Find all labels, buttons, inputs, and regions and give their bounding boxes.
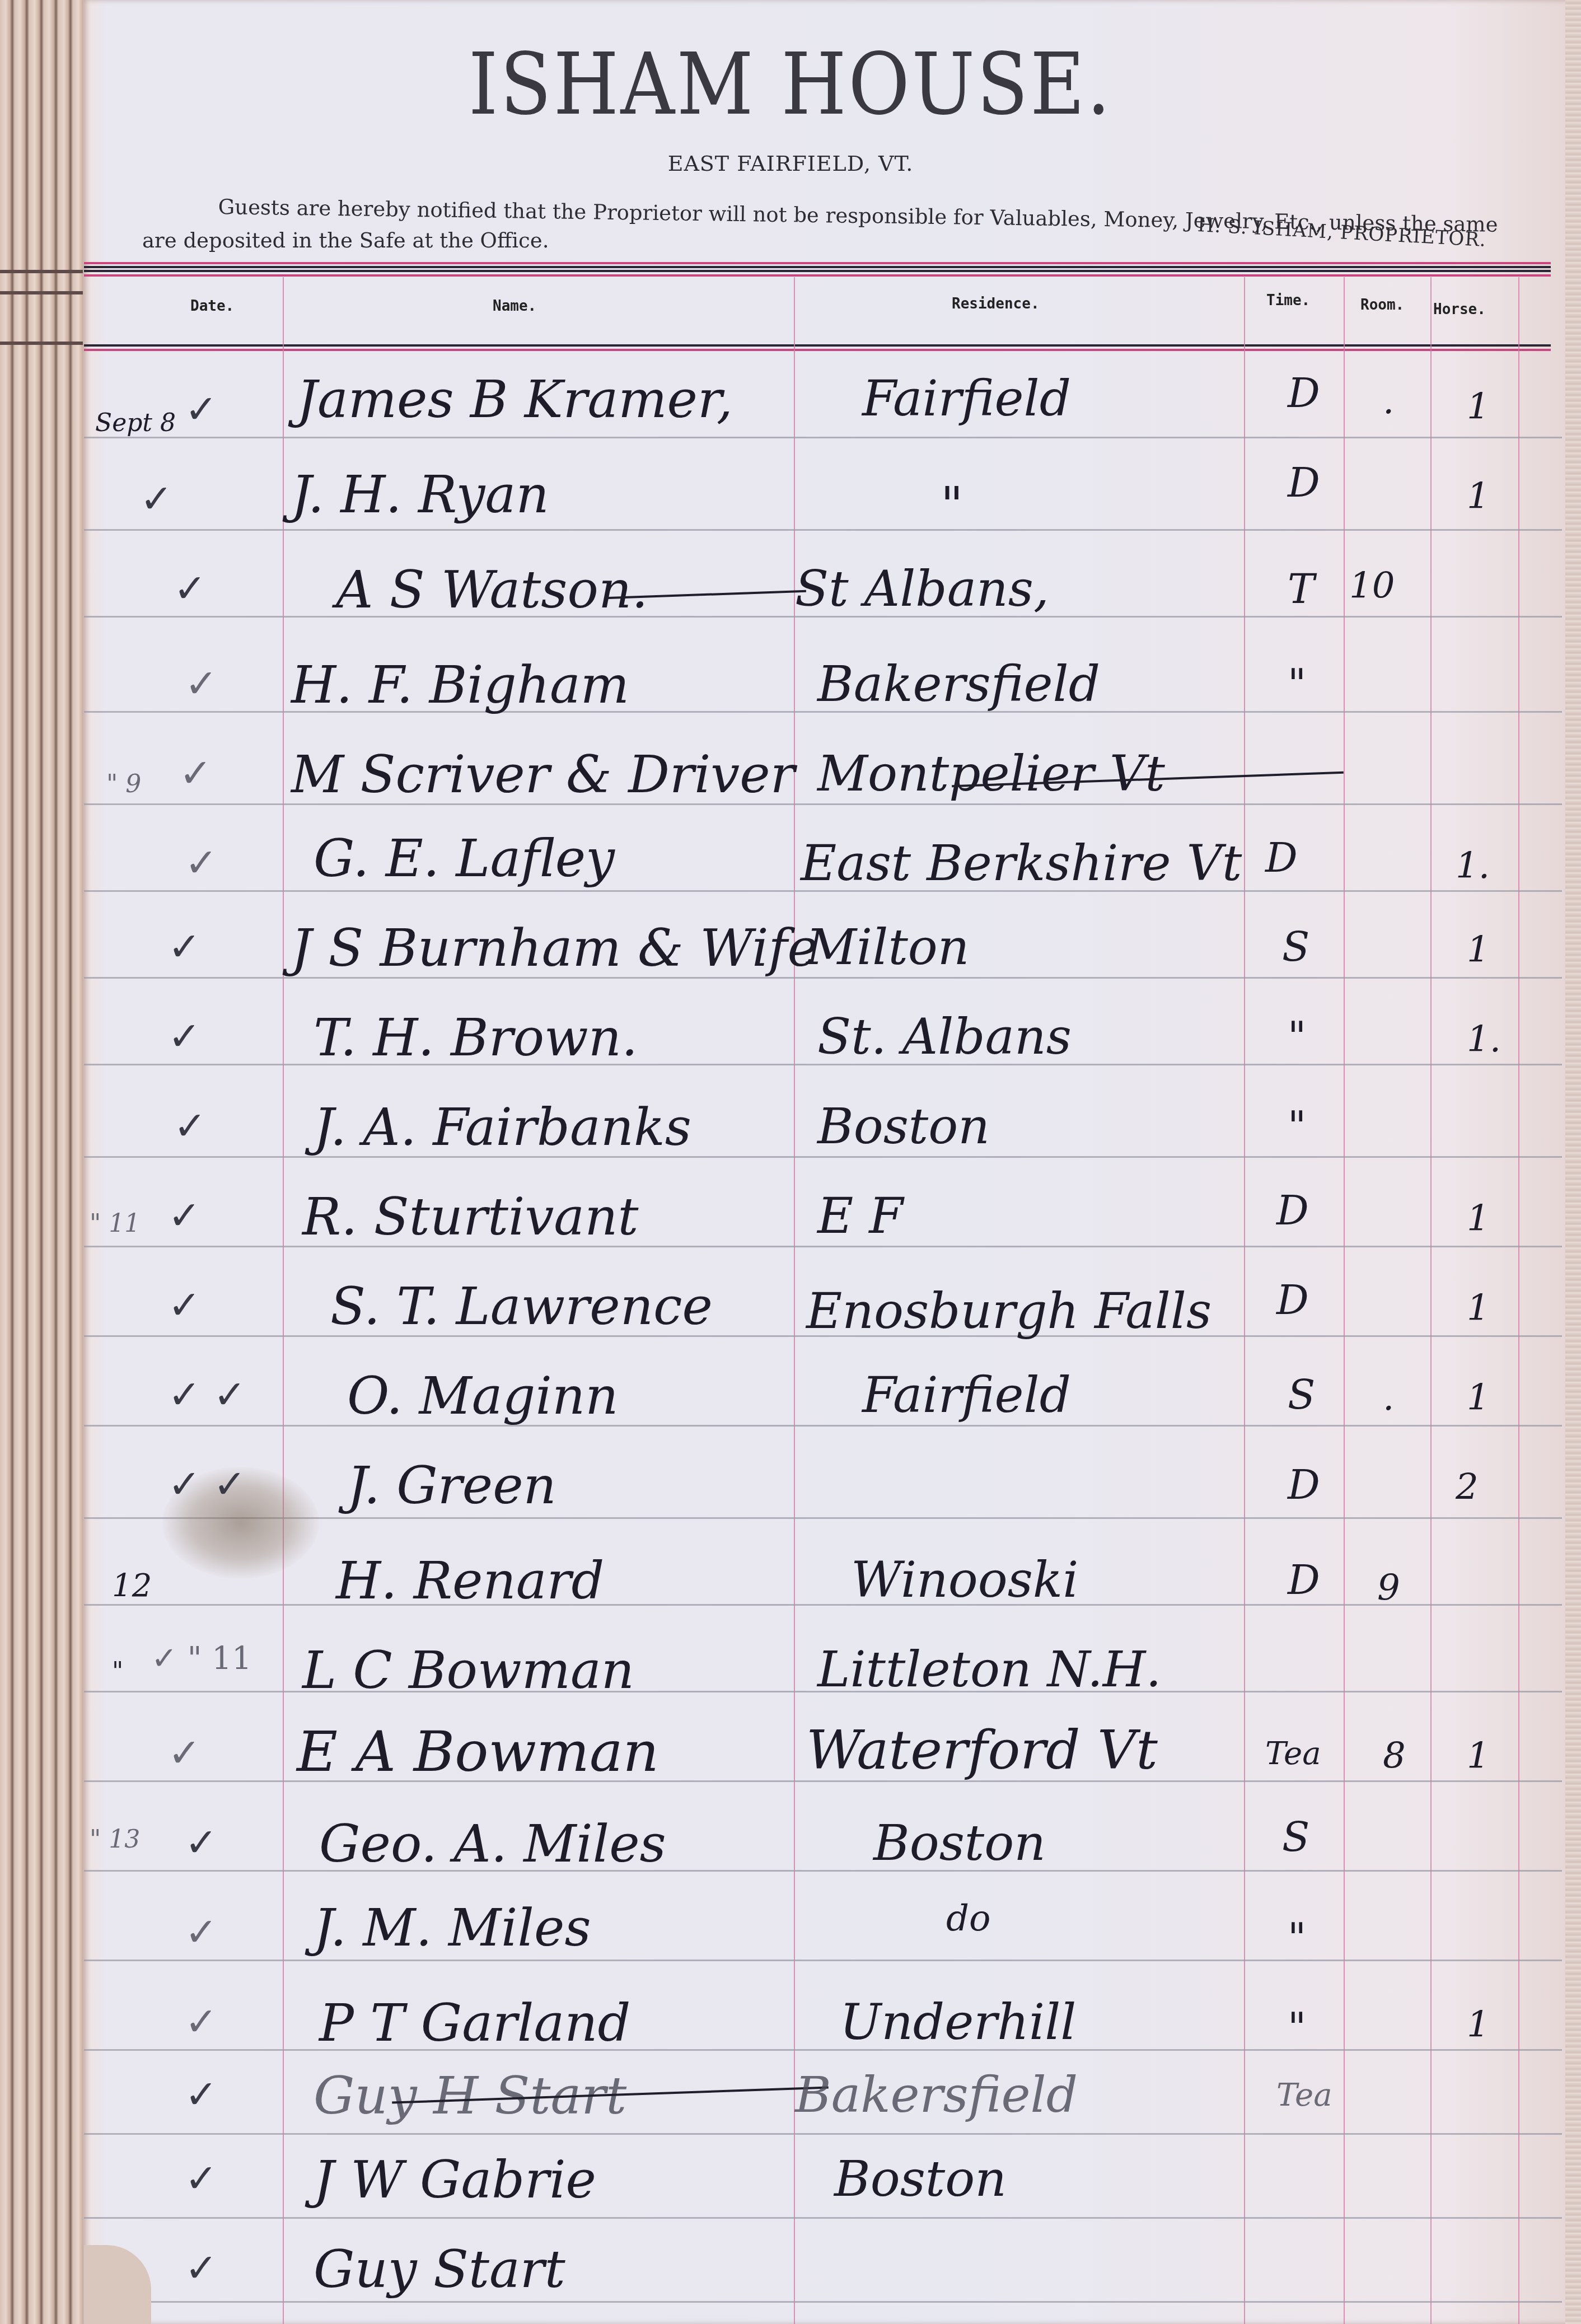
guest-name: J. A. Fairbanks xyxy=(314,1097,691,1157)
horse-count: 1 xyxy=(1467,929,1490,971)
guest-name: S. T. Lawrence xyxy=(330,1276,713,1336)
column-divider xyxy=(1518,277,1519,2324)
guest-residence: Winooski xyxy=(851,1551,1078,1608)
header-rule-top xyxy=(84,262,1551,279)
guest-name: G. E. Lafley xyxy=(314,829,615,889)
guest-residence: Enosburgh Falls xyxy=(806,1282,1212,1340)
guest-name: J. Green xyxy=(347,1456,556,1516)
arrival-time: D xyxy=(1288,1461,1320,1508)
room-number: 10 xyxy=(1349,565,1395,607)
header-rule-bottom xyxy=(84,344,1551,361)
column-header-horse: Horse. xyxy=(1433,301,1486,318)
writing-line xyxy=(84,2301,1562,2303)
guest-residence: Boston xyxy=(834,2150,1007,2208)
horse-count: 1 xyxy=(1467,2004,1490,2046)
checkmark-icon: ✓ ✓ xyxy=(168,1372,246,1418)
checkmark-icon: ✓ xyxy=(168,1730,201,1776)
horse-count: 1 xyxy=(1467,1736,1490,1777)
entry-date: " 9 xyxy=(106,770,141,798)
writing-line xyxy=(84,2049,1562,2051)
guest-name: M Scriver & Driver xyxy=(291,745,795,805)
horse-count: 2 xyxy=(1456,1467,1479,1508)
horse-count: 1 xyxy=(1467,1288,1490,1329)
binding-stitch xyxy=(0,342,84,345)
column-header-residence: Residence. xyxy=(952,296,1040,312)
checkmark-icon: ✓ xyxy=(168,1013,201,1059)
horse-count: 1 xyxy=(1467,1377,1490,1419)
checkmark-icon: ✓ xyxy=(168,924,201,970)
room-number: . xyxy=(1383,1377,1394,1419)
horse-count: 1. xyxy=(1467,1019,1501,1060)
guest-residence: Boston xyxy=(873,1814,1046,1872)
guest-name: T. H. Brown. xyxy=(314,1008,638,1068)
arrival-time: " xyxy=(1288,1915,1306,1962)
writing-line xyxy=(84,1604,1562,1606)
column-header-date: Date. xyxy=(190,298,234,315)
checkmark-icon: ✓ xyxy=(168,1282,201,1328)
checkmark-icon: ✓ " 11 xyxy=(151,1640,252,1677)
guest-name: J. H. Ryan xyxy=(291,465,549,525)
writing-line xyxy=(84,1960,1562,1961)
checkmark-icon: ✓ xyxy=(179,750,212,796)
arrival-time: S xyxy=(1282,924,1309,971)
entry-date: 12 xyxy=(112,1568,152,1604)
binding-stitch xyxy=(0,291,84,294)
arrival-time: D xyxy=(1276,1187,1309,1234)
guest-residence: Milton xyxy=(806,918,969,976)
writing-line xyxy=(84,437,1562,438)
guest-residence: Montpelier Vt xyxy=(817,745,1165,802)
guest-name: J S Burnham & Wife xyxy=(291,918,818,978)
horse-count: 1 xyxy=(1467,1198,1490,1240)
checkmark-icon: ✓ xyxy=(185,661,218,707)
checkmark-icon: ✓ ✓ xyxy=(168,1461,246,1507)
arrival-time: S xyxy=(1288,1372,1315,1419)
checkmark-icon: ✓ xyxy=(174,565,207,611)
checkmark-icon: ✓ xyxy=(185,2155,218,2201)
binding-stitch xyxy=(0,270,84,273)
arrival-time: D xyxy=(1288,370,1320,417)
arrival-time: D xyxy=(1276,1276,1309,1324)
guest-residence: Bakersfield xyxy=(817,655,1100,713)
guest-name: H. Renard xyxy=(336,1551,604,1611)
guest-name: J W Gabrie xyxy=(314,2150,596,2210)
guest-name: J. M. Miles xyxy=(314,1898,591,1958)
writing-line xyxy=(84,529,1562,531)
arrival-time: " xyxy=(1288,1103,1306,1150)
column-divider xyxy=(1430,277,1432,2324)
guest-residence: Underhill xyxy=(840,1993,1076,2051)
arrival-time: Tea xyxy=(1276,2077,1332,2113)
guest-name: L C Bowman xyxy=(302,1640,634,1700)
horse-count: 1. xyxy=(1456,845,1490,887)
guest-residence: E F xyxy=(817,1187,903,1245)
guest-residence: Littleton N.H. xyxy=(817,1640,1162,1698)
entry-date: " 11 xyxy=(90,1209,140,1238)
column-header-name: Name. xyxy=(493,298,536,315)
writing-line xyxy=(84,1870,1562,1872)
arrival-time: " xyxy=(1288,1013,1306,1060)
checkmark-icon: ✓ xyxy=(185,2072,218,2117)
checkmark-icon: ✓ xyxy=(185,840,218,886)
arrival-time: D xyxy=(1265,834,1298,881)
checkmark-icon: ✓ xyxy=(185,1909,218,1955)
hotel-location: EAST FAIRFIELD, VT. xyxy=(0,151,1581,176)
column-divider xyxy=(1344,277,1345,2324)
writing-line xyxy=(84,1156,1562,1158)
checkmark-icon: ✓ xyxy=(174,1103,207,1149)
guest-name: Geo. A. Miles xyxy=(319,1814,666,1874)
arrival-time: T xyxy=(1288,565,1315,612)
writing-line xyxy=(84,2133,1562,2135)
guest-name: H. F. Bigham xyxy=(291,655,629,715)
guest-residence: Boston xyxy=(817,1097,990,1155)
checkmark-icon: ✓ xyxy=(168,1193,201,1238)
arrival-time: " xyxy=(1288,2004,1306,2051)
guest-residence: St. Albans xyxy=(817,1008,1072,1065)
checkmark-icon: ✓ xyxy=(140,476,173,522)
liability-notice-cont: are deposited in the Safe at the Office. xyxy=(142,228,549,252)
guest-name: E A Bowman xyxy=(297,1719,659,1784)
room-number: 8 xyxy=(1383,1736,1406,1777)
writing-line xyxy=(84,1425,1562,1427)
guest-residence: Fairfield xyxy=(862,1366,1071,1424)
entry-date: " xyxy=(112,1657,123,1686)
column-divider xyxy=(283,277,284,2324)
checkmark-icon: ✓ xyxy=(185,1820,218,1865)
arrival-time: S xyxy=(1282,1814,1309,1861)
guest-name: Guy Start xyxy=(314,2239,565,2299)
book-page-edges xyxy=(0,0,84,2324)
right-page-edge xyxy=(1565,0,1581,2324)
room-number: . xyxy=(1383,381,1394,422)
column-header-time: Time. xyxy=(1266,292,1310,309)
guest-residence: Waterford Vt xyxy=(806,1719,1158,1781)
guest-name: R. Sturtivant xyxy=(302,1187,638,1247)
entry-date: Sept 8 xyxy=(95,409,176,437)
room-number: 9 xyxy=(1377,1568,1400,1609)
guest-name: O. Maginn xyxy=(347,1366,618,1426)
column-header-room: Room. xyxy=(1360,297,1404,314)
arrival-time: Tea xyxy=(1265,1736,1321,1772)
guest-residence: St Albans, xyxy=(795,560,1049,618)
guest-name: A S Watson. xyxy=(336,560,648,620)
arrival-time: D xyxy=(1288,459,1320,506)
horse-count: 1 xyxy=(1467,386,1490,428)
checkmark-icon: ✓ xyxy=(185,386,218,432)
guest-residence: East Berkshire Vt xyxy=(801,834,1242,892)
arrival-time: " xyxy=(1288,661,1306,708)
guest-name: P T Garland xyxy=(319,1993,631,2053)
guest-residence: Fairfield xyxy=(862,370,1071,427)
guest-residence: do xyxy=(946,1898,991,1939)
guest-residence: " xyxy=(941,476,963,534)
hotel-title: ISHAM HOUSE. xyxy=(95,35,1486,134)
guest-name: James B Kramer, xyxy=(297,370,733,429)
checkmark-icon: ✓ xyxy=(185,2245,218,2291)
column-divider xyxy=(1244,277,1245,2324)
arrival-time: D xyxy=(1288,1556,1320,1603)
entry-date: " 13 xyxy=(90,1825,140,1854)
writing-line xyxy=(84,2217,1562,2219)
checkmark-icon: ✓ xyxy=(185,1999,218,2045)
horse-count: 1 xyxy=(1467,476,1490,517)
guest-residence: Bakersfield xyxy=(795,2066,1078,2124)
